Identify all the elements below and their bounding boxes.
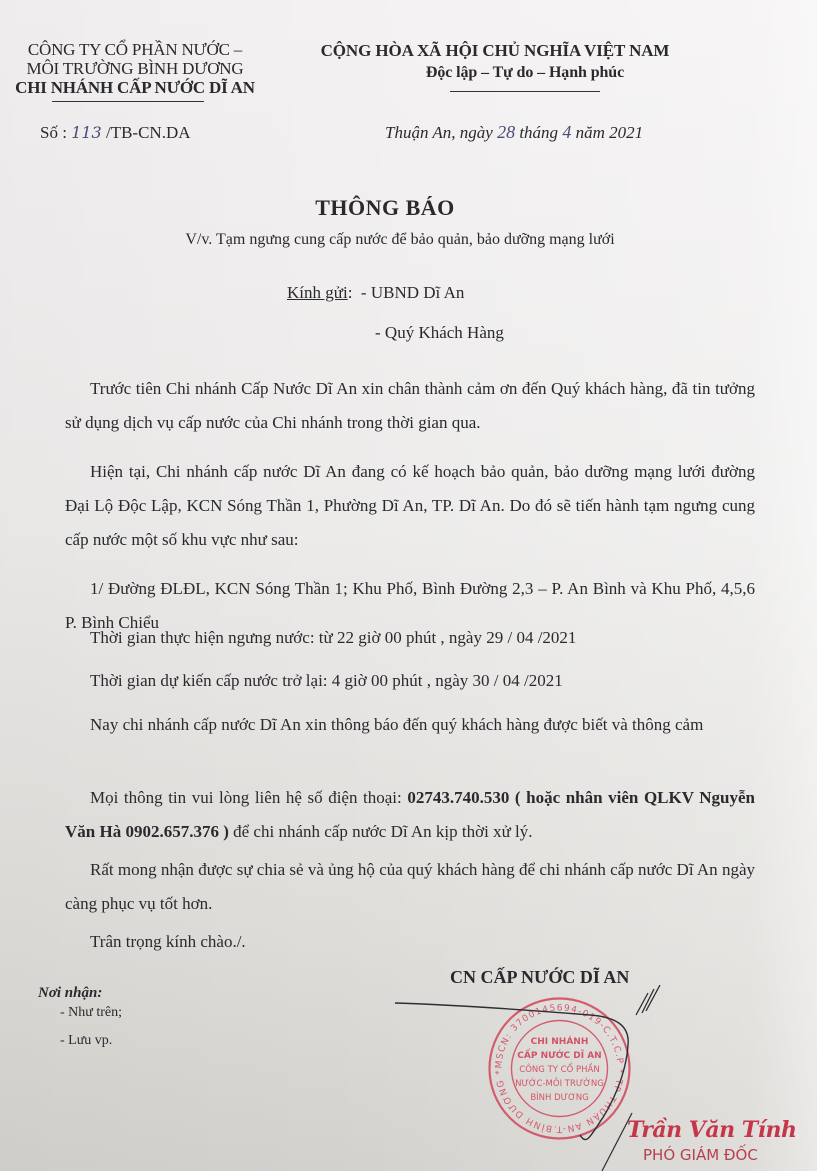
closing-greeting: Trân trọng kính chào./. xyxy=(65,925,755,959)
issuer-line-2: MÔI TRƯỜNG BÌNH DƯƠNG xyxy=(10,59,260,78)
motto: Độc lập – Tự do – Hạnh phúc xyxy=(310,62,680,84)
signer-title: PHÓ GIÁM ĐỐC xyxy=(643,1146,758,1164)
date-month: 4 xyxy=(562,122,571,142)
signer-name: Trần Văn Tính xyxy=(627,1117,796,1143)
issue-date: Thuận An, ngày 28 tháng 4 năm 2021 xyxy=(385,122,643,143)
stamp-line-2: CẤP NƯỚC DĨ AN xyxy=(517,1048,601,1061)
document-subject: V/v. Tạm ngưng cung cấp nước để bảo quản… xyxy=(0,231,800,249)
paragraph-thanks: Trước tiên Chi nhánh Cấp Nước Dĩ An xin … xyxy=(65,372,755,440)
recipient-colon: : xyxy=(348,283,361,302)
paragraph-restore-time: Thời gian dự kiến cấp nước trở lại: 4 gi… xyxy=(65,664,755,698)
paragraph-plan: Hiện tại, Chi nhánh cấp nước Dĩ An đang … xyxy=(65,455,755,557)
distribution-item-2: - Lưu vp. xyxy=(60,1033,112,1049)
stamp-line-5: BÌNH DƯƠNG xyxy=(530,1091,588,1103)
contact-intro: Mọi thông tin vui lòng liên hệ số điện t… xyxy=(90,788,407,807)
recipient-1: - UBND Dĩ An xyxy=(361,283,464,302)
date-month-label: tháng xyxy=(519,123,562,142)
recipient-2: - Quý Khách Hàng xyxy=(375,323,504,343)
motto-underline xyxy=(450,91,600,92)
issuer-underline xyxy=(52,101,204,102)
official-stamp-icon: MSCN: 3700145694-019-C.T.C.P * TP THUẬN … xyxy=(487,996,632,1141)
distribution-label: Nơi nhận: xyxy=(38,985,102,1002)
date-place: Thuận An, ngày xyxy=(385,123,493,142)
document-title: THÔNG BÁO xyxy=(0,195,770,221)
country-name: CỘNG HÒA XÃ HỘI CHỦ NGHĨA VIỆT NAM xyxy=(310,40,680,62)
date-day: 28 xyxy=(497,122,515,142)
doc-number-suffix: /TB-CN.DA xyxy=(106,123,191,142)
contact-outro: để chi nhánh cấp nước Dĩ An kịp thời xử … xyxy=(229,822,533,841)
stamp-line-3: CÔNG TY CỔ PHẦN xyxy=(519,1062,599,1075)
stamp-line-4: NƯỚC-MÔI TRƯỜNG xyxy=(515,1077,604,1089)
paragraph-stop-time: Thời gian thực hiện ngưng nước: từ 22 gi… xyxy=(65,621,755,655)
paragraph-contact: Mọi thông tin vui lòng liên hệ số điện t… xyxy=(65,781,755,849)
stamp-line-1: CHI NHÁNH xyxy=(531,1035,589,1047)
doc-number-prefix: Số : xyxy=(40,123,67,142)
doc-number-handwritten: 113 xyxy=(71,123,102,142)
issuer-line-1: CÔNG TY CỔ PHẦN NƯỚC – xyxy=(10,40,260,59)
date-year: năm 2021 xyxy=(576,123,644,142)
paragraph-appreciation: Rất mong nhận được sự chia sẻ và ủng hộ … xyxy=(65,853,755,921)
document-number: Số : 113 /TB-CN.DA xyxy=(40,123,191,143)
distribution-item-1: - Như trên; xyxy=(60,1005,122,1021)
issuer-branch: CHI NHÁNH CẤP NƯỚC DĨ AN xyxy=(10,78,260,97)
recipient-line-1: Kính gửi: - UBND Dĩ An xyxy=(287,283,464,303)
signing-organization: CN CẤP NƯỚC DĨ AN xyxy=(450,967,629,988)
recipient-label: Kính gửi xyxy=(287,283,348,302)
paragraph-notice: Nay chi nhánh cấp nước Dĩ An xin thông b… xyxy=(65,708,755,742)
issuer-block: CÔNG TY CỔ PHẦN NƯỚC – MÔI TRƯỜNG BÌNH D… xyxy=(10,40,260,97)
national-motto: CỘNG HÒA XÃ HỘI CHỦ NGHĨA VIỆT NAM Độc l… xyxy=(310,40,680,84)
